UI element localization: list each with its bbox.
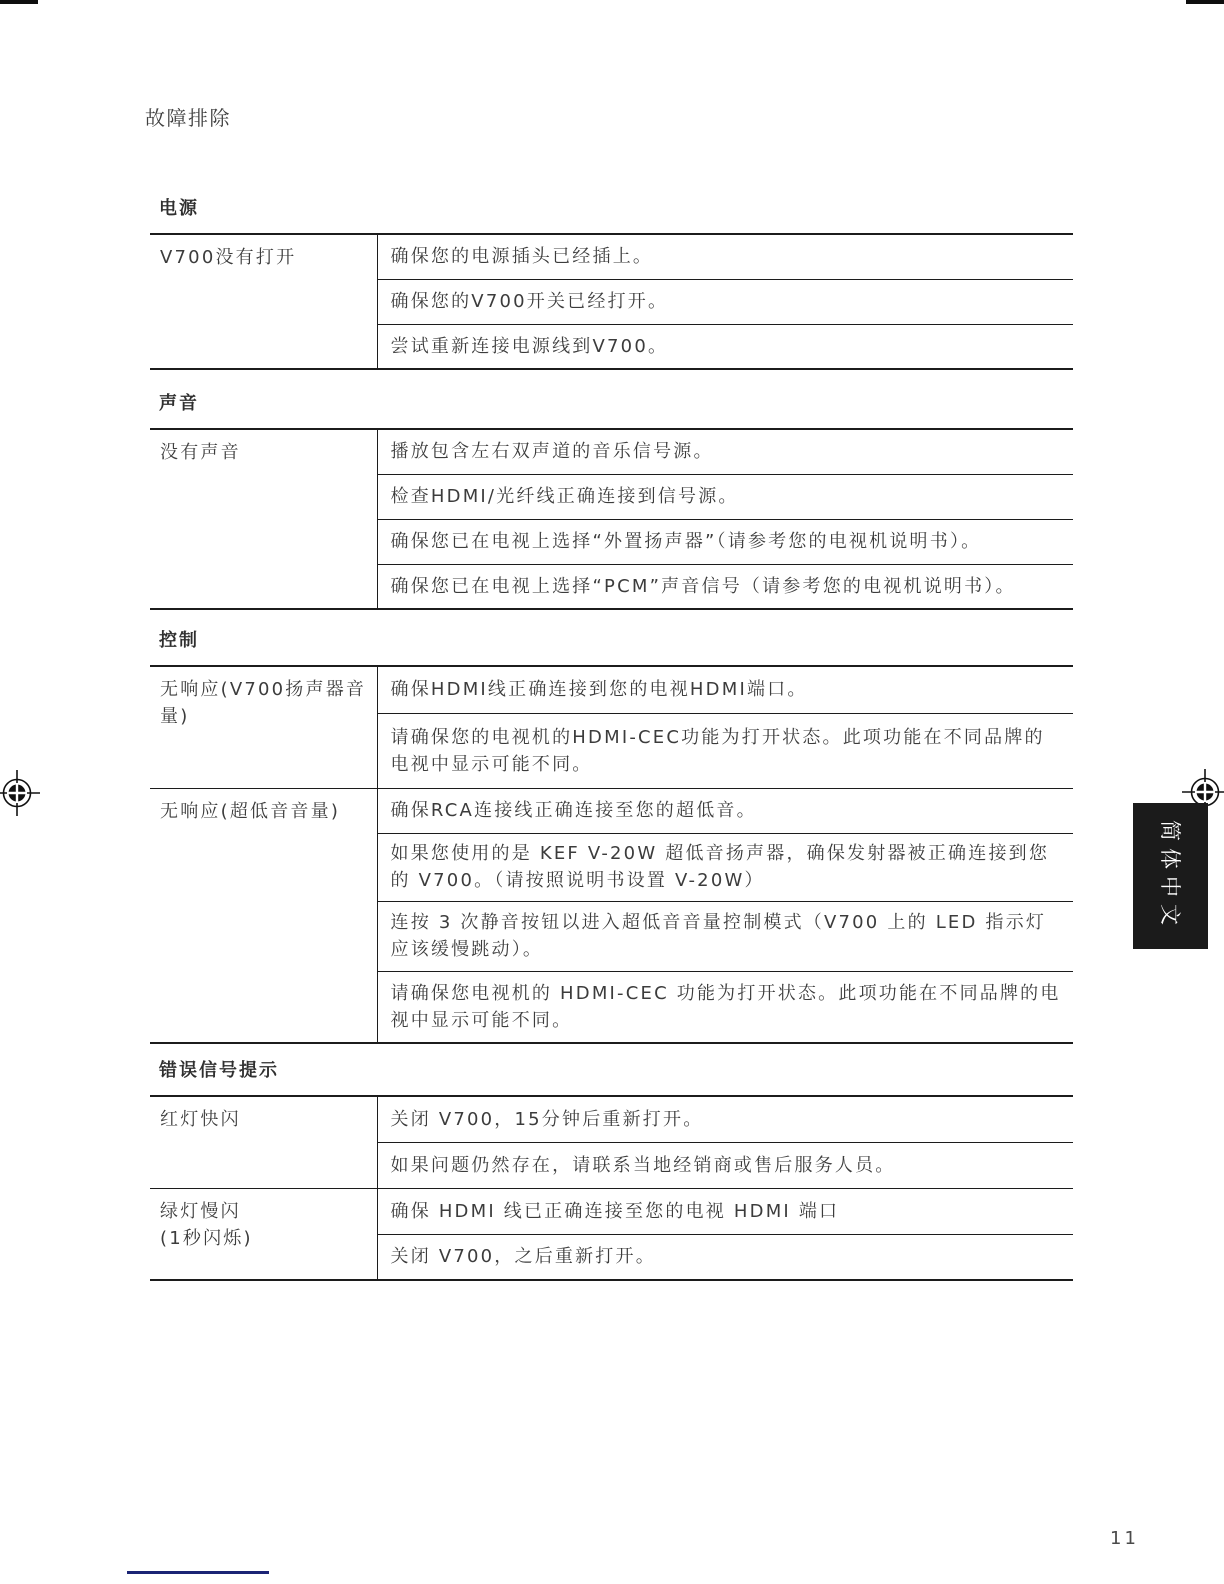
language-tab: 简体中文 <box>1133 803 1208 949</box>
solution-cell: 播放包含左右双声道的音乐信号源。 <box>377 429 1073 474</box>
solution-cell: 尝试重新连接电源线到V700。 <box>377 324 1073 369</box>
solution-cell: 关闭 V700，之后重新打开。 <box>377 1234 1073 1280</box>
section-heading: 声音 <box>159 392 1074 416</box>
section-sound: 声音 没有声音 播放包含左右双声道的音乐信号源。 检查HDMI/光纤线正确连接到… <box>150 392 1074 610</box>
troubleshooting-table: V700没有打开 确保您的电源插头已经插上。 确保您的V700开关已经打开。 尝… <box>150 233 1073 370</box>
accent-rule <box>127 1571 269 1574</box>
section-heading: 错误信号提示 <box>159 1059 1074 1083</box>
symptom-cell: 无响应(超低音音量) <box>150 788 377 1043</box>
symptom-cell: 红灯快闪 <box>150 1096 377 1188</box>
section-heading: 控制 <box>159 629 1074 653</box>
troubleshooting-table: 无响应(V700扬声器音量) 确保HDMI线正确连接到您的电视HDMI端口。 请… <box>150 665 1073 1044</box>
manual-page: 故障排除 电源 V700没有打开 确保您的电源插头已经插上。 确保您的V700开… <box>0 0 1224 1584</box>
symptom-line-1: 绿灯慢闪 <box>160 1198 369 1225</box>
page-number: 11 <box>1110 1528 1139 1549</box>
troubleshooting-table: 没有声音 播放包含左右双声道的音乐信号源。 检查HDMI/光纤线正确连接到信号源… <box>150 428 1073 610</box>
trim-mark-top-right <box>1186 0 1224 4</box>
solution-cell: 确保您的电源插头已经插上。 <box>377 234 1073 279</box>
language-tab-label: 简体中文 <box>1156 820 1186 932</box>
page-title: 故障排除 <box>145 102 231 131</box>
solution-cell: 确保 HDMI 线已正确连接至您的电视 HDMI 端口 <box>377 1188 1073 1234</box>
solution-cell: 确保您已在电视上选择“PCM”声音信号（请参考您的电视机说明书）。 <box>377 564 1073 609</box>
section-control: 控制 无响应(V700扬声器音量) 确保HDMI线正确连接到您的电视HDMI端口… <box>150 629 1074 1044</box>
symptom-cell: 无响应(V700扬声器音量) <box>150 666 377 788</box>
symptom-cell: 没有声音 <box>150 429 377 609</box>
solution-cell: 请确保您的电视机的HDMI-CEC功能为打开状态。此项功能在不同品牌的电视中显示… <box>377 713 1073 788</box>
solution-cell: 请确保您电视机的 HDMI-CEC 功能为打开状态。此项功能在不同品牌的电视中显… <box>377 971 1073 1043</box>
trim-mark-top-left <box>0 0 38 4</box>
symptom-cell: V700没有打开 <box>150 234 377 369</box>
solution-cell: 连按 3 次静音按钮以进入超低音音量控制模式（V700 上的 LED 指示灯应该… <box>377 901 1073 971</box>
troubleshooting-table: 红灯快闪 关闭 V700，15分钟后重新打开。 如果问题仍然存在，请联系当地经销… <box>150 1095 1073 1281</box>
solution-cell: 确保RCA连接线正确连接至您的超低音。 <box>377 788 1073 833</box>
solution-cell: 检查HDMI/光纤线正确连接到信号源。 <box>377 474 1073 519</box>
solution-cell: 确保您已在电视上选择“外置扬声器”（请参考您的电视机说明书）。 <box>377 519 1073 564</box>
solution-cell: 确保您的V700开关已经打开。 <box>377 279 1073 324</box>
registration-mark-icon <box>0 769 41 817</box>
section-error-signal: 错误信号提示 红灯快闪 关闭 V700，15分钟后重新打开。 如果问题仍然存在，… <box>150 1059 1074 1281</box>
section-power: 电源 V700没有打开 确保您的电源插头已经插上。 确保您的V700开关已经打开… <box>150 197 1074 370</box>
solution-cell: 如果您使用的是 KEF V-20W 超低音扬声器，确保发射器被正确连接到您的 V… <box>377 833 1073 901</box>
solution-cell: 关闭 V700，15分钟后重新打开。 <box>377 1096 1073 1142</box>
solution-cell: 如果问题仍然存在，请联系当地经销商或售后服务人员。 <box>377 1142 1073 1188</box>
section-heading: 电源 <box>159 197 1074 221</box>
symptom-line-2: (1秒闪烁) <box>160 1225 369 1252</box>
symptom-cell: 绿灯慢闪 (1秒闪烁) <box>150 1188 377 1280</box>
solution-cell: 确保HDMI线正确连接到您的电视HDMI端口。 <box>377 666 1073 713</box>
